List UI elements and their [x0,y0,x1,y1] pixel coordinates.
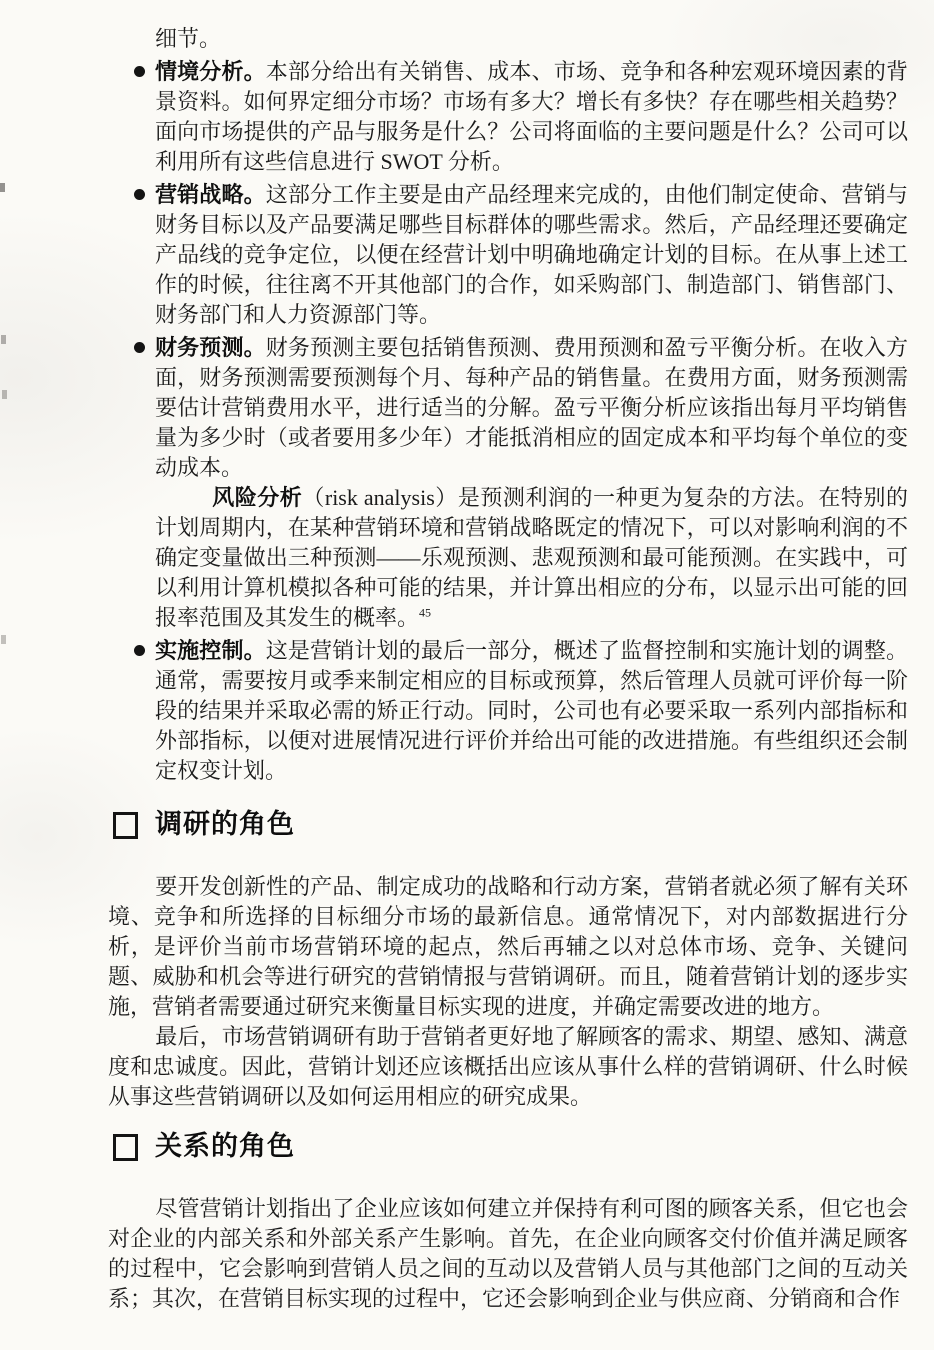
bullet-title: 财务预测。 [155,335,266,360]
bullet-item-implementation-control: 实施控制。这是营销计划的最后一部分，概述了监督控制和实施计划的调整。通常，需要按… [155,636,908,786]
section-heading-relationship-role: 关系的角色 [113,1128,908,1164]
section-title: 关系的角色 [155,1128,295,1164]
bullet-dot-icon [134,645,145,656]
bullet-text: 财务预测主要包括销售预测、费用预测和盈亏平衡分析。在收入方面，财务预测需要预测每… [155,335,908,480]
research-role-paragraph-1: 要开发创新性的产品、制定成功的战略和行动方案，营销者就必须了解有关环境、竞争和所… [108,872,908,1022]
bullet-list: 情境分析。本部分给出有关销售、成本、市场、竞争和各种宏观环境因素的背景资料。如何… [108,57,908,786]
bullet-text: 本部分给出有关销售、成本、市场、竞争和各种宏观环境因素的背景资料。如何界定细分市… [155,59,908,174]
bullet-item-situation-analysis: 情境分析。本部分给出有关销售、成本、市场、竞争和各种宏观环境因素的背景资料。如何… [155,57,908,177]
square-bullet-icon [113,812,138,839]
risk-analysis-lead: 风险分析 [212,485,302,510]
bullet-title: 情境分析。 [155,59,266,84]
bullet-dot-icon [134,342,145,353]
bullet-dot-icon [134,66,145,77]
square-bullet-icon [113,1134,138,1161]
book-page: 细节。 情境分析。本部分给出有关销售、成本、市场、竞争和各种宏观环境因素的背景资… [0,0,934,1314]
relationship-role-paragraph-1: 尽管营销计划指出了企业应该如何建立并保持有利可图的顾客关系，但它也会对企业的内部… [108,1194,908,1314]
footnote-reference: 45 [419,606,431,620]
scan-speckles [0,183,5,192]
carryover-line: 细节。 [155,24,908,54]
section-heading-research-role: 调研的角色 [113,806,908,842]
risk-analysis-paragraph: 风险分析（risk analysis）是预测利润的一种更为复杂的方法。在特别的计… [155,483,908,633]
bullet-item-financial-forecast: 财务预测。财务预测主要包括销售预测、费用预测和盈亏平衡分析。在收入方面，财务预测… [155,333,908,633]
bullet-title: 实施控制。 [155,638,266,663]
research-role-paragraph-2: 最后，市场营销调研有助于营销者更好地了解顾客的需求、期望、感知、满意度和忠诚度。… [108,1022,908,1112]
bullet-dot-icon [134,189,145,200]
bullet-text: 这是营销计划的最后一部分，概述了监督控制和实施计划的调整。通常，需要按月或季来制… [155,638,908,783]
bullet-text: 这部分工作主要是由产品经理来完成的，由他们制定使命、营销与财务目标以及产品要满足… [155,182,908,327]
section-title: 调研的角色 [155,806,295,842]
bullet-item-marketing-strategy: 营销战略。这部分工作主要是由产品经理来完成的，由他们制定使命、营销与财务目标以及… [155,180,908,330]
bullet-title: 营销战略。 [155,182,266,207]
